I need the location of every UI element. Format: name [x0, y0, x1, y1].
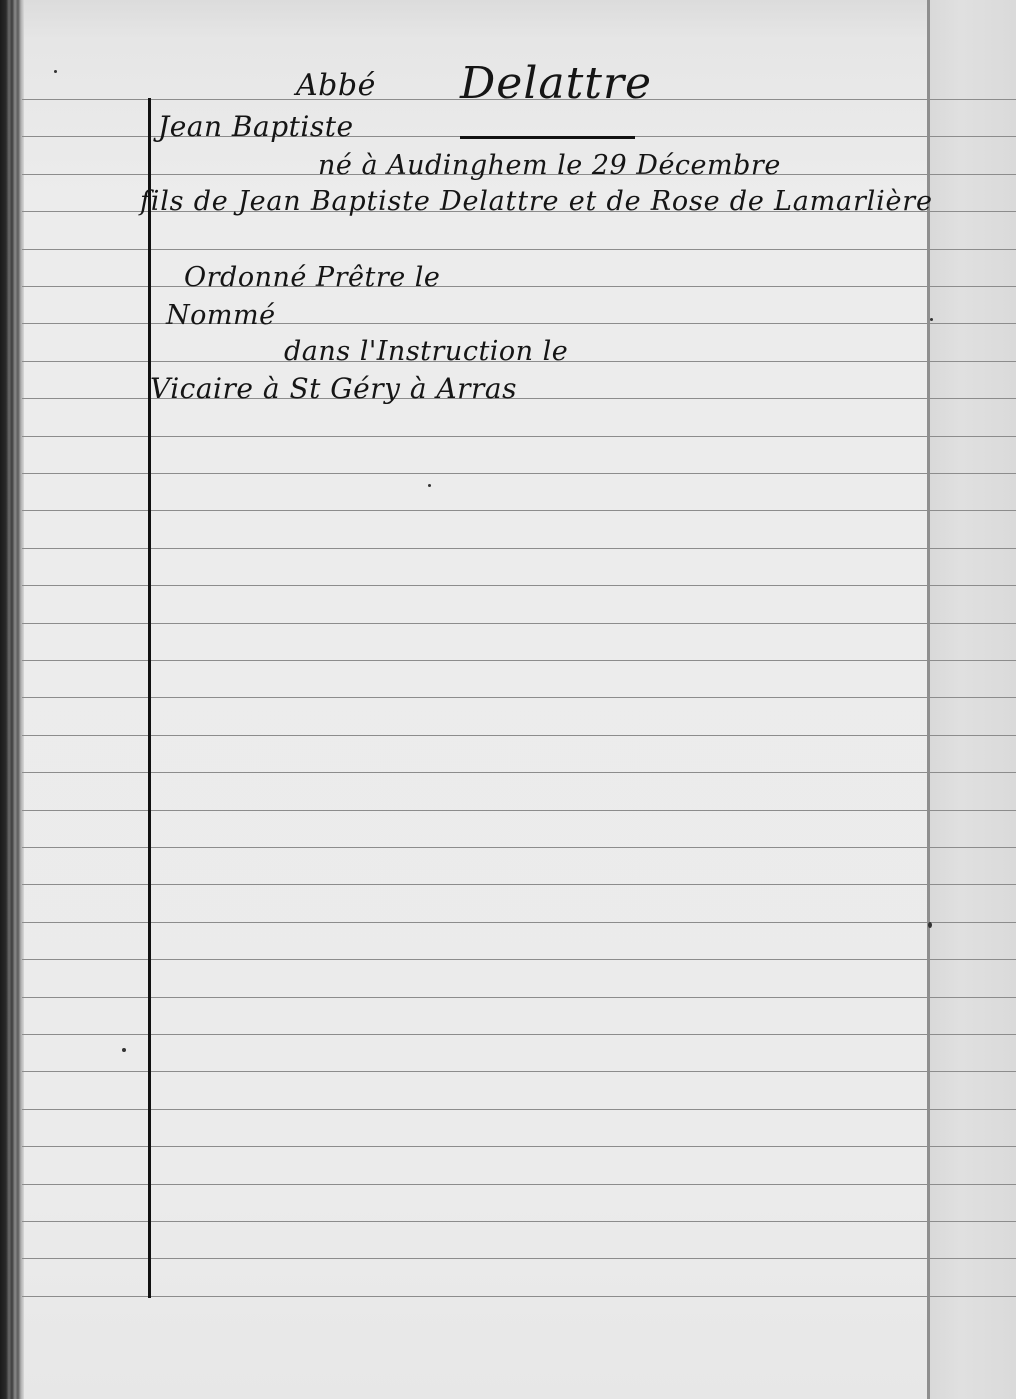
entry-given-names: Jean Baptiste	[158, 110, 354, 143]
ruled-line	[22, 1109, 1016, 1110]
book-binding-edge	[0, 0, 24, 1399]
ruled-line	[22, 1034, 1016, 1035]
ruled-line	[22, 1221, 1016, 1222]
ruled-line	[22, 585, 1016, 586]
ink-speck	[122, 1048, 126, 1052]
entry-birth: né à Audinghem le 29 Décembre	[318, 150, 781, 181]
header-prefix: Abbé	[296, 68, 376, 103]
entry-vicar: Vicaire à St Géry à Arras	[150, 372, 517, 405]
ink-speck	[930, 318, 933, 321]
ruled-line	[22, 884, 1016, 885]
ruled-line	[22, 548, 1016, 549]
header-surname: Delattre	[460, 58, 652, 109]
ruled-line	[22, 623, 1016, 624]
ruled-line	[22, 436, 1016, 437]
ruled-line	[22, 1146, 1016, 1147]
entry-instruction: dans l'Instruction le	[284, 336, 568, 367]
ink-speck	[428, 484, 431, 487]
title-underline	[460, 136, 635, 139]
ruled-line	[22, 1184, 1016, 1185]
ledger-page: Abbé Delattre Jean Baptiste né à Audingh…	[0, 0, 1016, 1399]
ruled-line	[22, 922, 1016, 923]
ruled-line	[22, 660, 1016, 661]
page-right-shade	[930, 0, 1016, 1399]
ruled-line	[22, 286, 1016, 287]
ruled-line	[22, 959, 1016, 960]
ruled-line	[22, 997, 1016, 998]
ruled-line	[22, 697, 1016, 698]
ink-speck	[54, 70, 57, 73]
ruled-line	[22, 1296, 1016, 1297]
margin-rule	[148, 98, 151, 1298]
ruled-line	[22, 735, 1016, 736]
ruled-line	[22, 473, 1016, 474]
ruled-line	[22, 847, 1016, 848]
entry-ordination: Ordonné Prêtre le	[184, 262, 440, 293]
entry-parents: fils de Jean Baptiste Delattre et de Ros…	[140, 186, 933, 217]
entry-appointed: Nommé	[166, 300, 276, 331]
ruled-line	[22, 249, 1016, 250]
ruled-line	[22, 1258, 1016, 1259]
ruled-line	[22, 810, 1016, 811]
ruled-line	[22, 510, 1016, 511]
ruled-line	[22, 772, 1016, 773]
ink-speck	[928, 922, 932, 928]
ruled-line	[22, 1071, 1016, 1072]
